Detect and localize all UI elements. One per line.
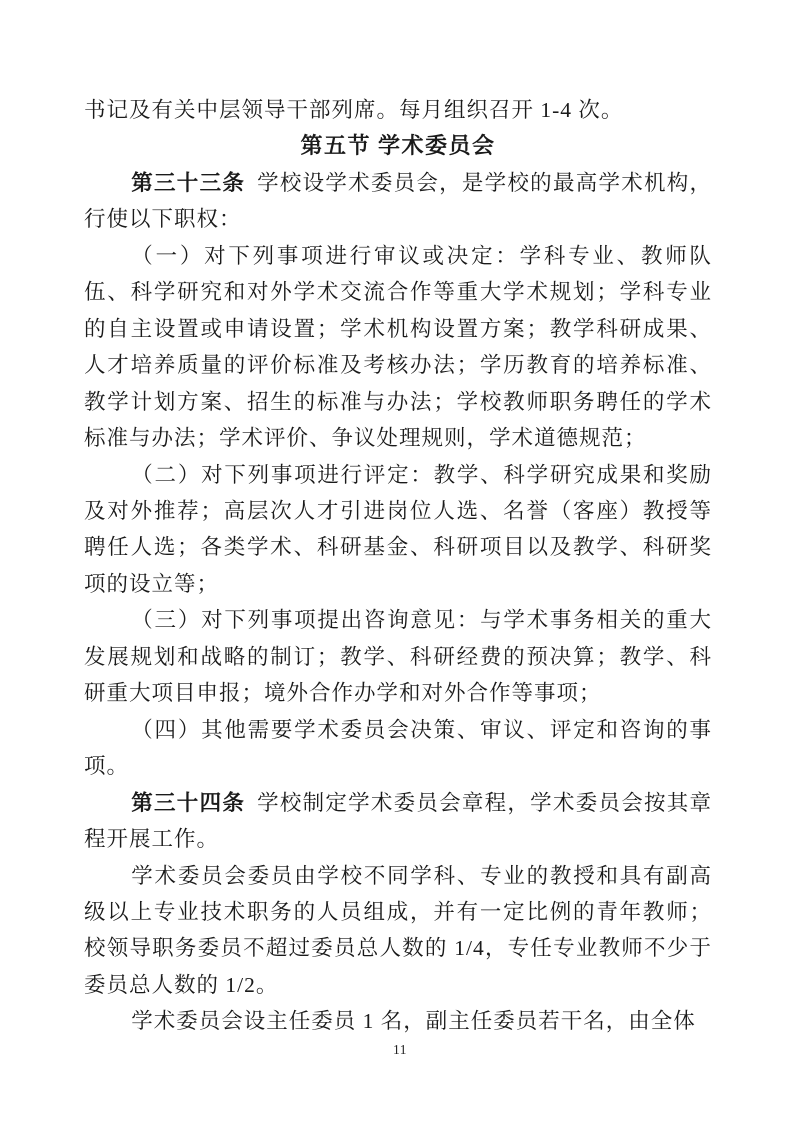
article-33-item-4: （四）其他需要学术委员会决策、审议、评定和咨询的事项。 <box>84 712 712 785</box>
document-page: 书记及有关中层领导干部列席。每月组织召开 1-4 次。 第五节 学术委员会 第三… <box>0 0 800 1131</box>
page-number: 11 <box>0 1042 800 1058</box>
article-33-item-3: （三）对下列事项提出咨询意见：与学术事务相关的重大发展规划和战略的制订；教学、科… <box>84 602 712 711</box>
members-composition-paragraph: 学术委员会委员由学校不同学科、专业的教授和具有副高级以上专业技术职务的人员组成，… <box>84 858 712 1004</box>
section-heading: 第五节 学术委员会 <box>84 128 712 164</box>
chair-members-paragraph: 学术委员会设主任委员 1 名，副主任委员若干名，由全体 <box>84 1003 712 1039</box>
article-33-number: 第三十三条 <box>131 171 245 195</box>
article-33-item-1: （一）对下列事项进行审议或决定：学科专业、教师队伍、科学研究和对外学术交流合作等… <box>84 238 712 457</box>
article-34-number: 第三十四条 <box>131 791 245 815</box>
page-content: 书记及有关中层领导干部列席。每月组织召开 1-4 次。 第五节 学术委员会 第三… <box>84 92 712 1040</box>
article-33-item-2: （二）对下列事项进行评定：教学、科学研究成果和奖励及对外推荐；高层次人才引进岗位… <box>84 457 712 603</box>
article-33-paragraph: 第三十三条学校设学术委员会，是学校的最高学术机构，行使以下职权： <box>84 165 712 238</box>
article-34-paragraph: 第三十四条学校制定学术委员会章程，学术委员会按其章程开展工作。 <box>84 785 712 858</box>
continuation-paragraph: 书记及有关中层领导干部列席。每月组织召开 1-4 次。 <box>84 92 712 128</box>
